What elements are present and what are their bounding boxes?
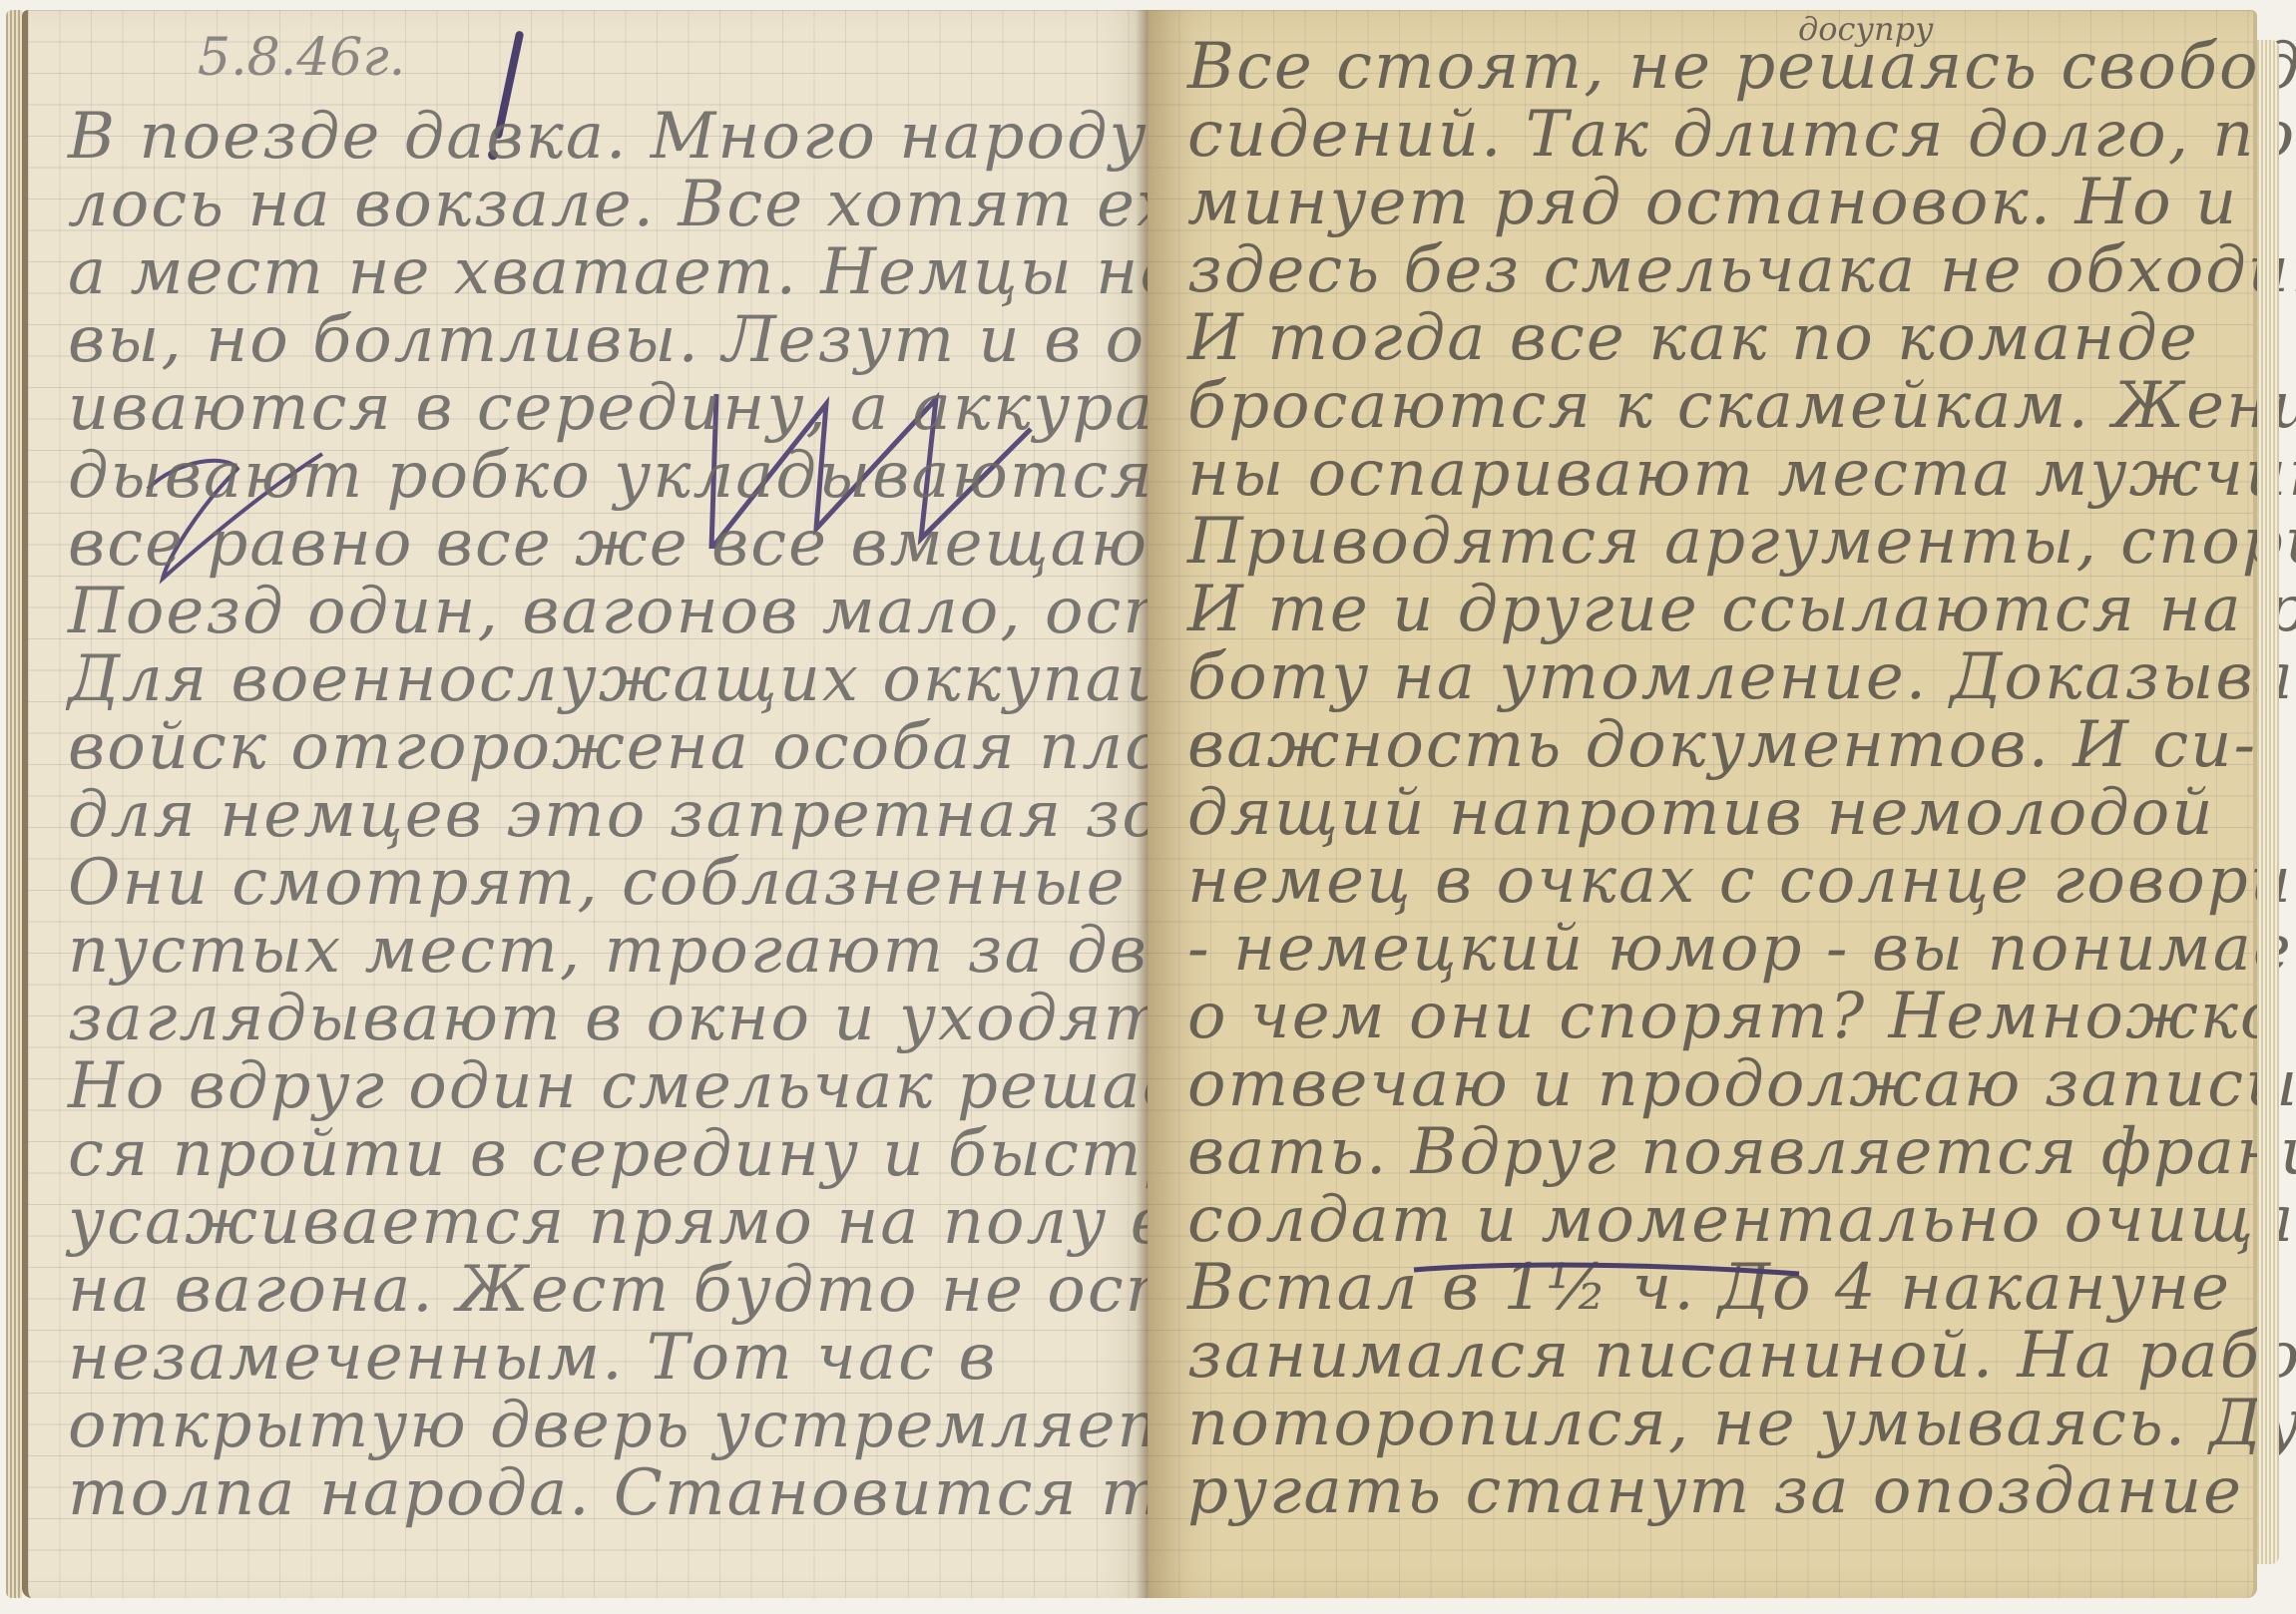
text-line: поторопился, не умываясь. Думал xyxy=(1187,1387,2296,1460)
text-line: вать. Вдруг появляется французский xyxy=(1187,1115,2296,1189)
text-line: ругать станут за опоздание xyxy=(1187,1454,2243,1528)
text-line: лось на вокзале. Все хотят ехать xyxy=(68,168,1314,241)
text-line: отвечаю и продолжаю записы- xyxy=(1187,1047,2296,1121)
text-line: здесь без смельчака не обходится. xyxy=(1187,233,2296,307)
text-line: немец в очках с солнце говорит xyxy=(1187,844,2296,918)
text-line: И тогда все как по команде xyxy=(1187,301,2199,375)
text-line: Все стоят, не решаясь свободных xyxy=(1187,30,2296,104)
text-line: важность документов. И си- xyxy=(1187,708,2257,782)
text-line: сидений. Так длится долго, пока xyxy=(1187,98,2296,172)
left-page: 5.8.46г. В поезде давка. Много народу со… xyxy=(22,10,1148,1598)
right-page: Все стоят, не решаясь свободных сидений.… xyxy=(1148,10,2257,1598)
text-line: минует ряд остановок. Но и xyxy=(1187,166,2238,239)
text-line: солдат и моментально очищает вагон. xyxy=(1187,1183,2296,1257)
text-line: незамеченным. Тот час в xyxy=(68,1321,998,1395)
text-line: занимался писаниной. На работу xyxy=(1187,1319,2296,1393)
text-line: И те и другие ссылаются на ра- xyxy=(1187,573,2296,646)
text-line: для немцев это запретная зона. xyxy=(68,778,1269,852)
notebook-spread: 5.8.46г. В поезде давка. Много народу со… xyxy=(0,0,2296,1614)
text-line: пустых мест, трогают за двери, xyxy=(68,914,1296,988)
text-line: Но вдруг один смельчак решает- xyxy=(68,1049,1268,1123)
margin-annotation: досупру xyxy=(1798,10,1934,48)
text-line: бросаются к скамейкам. Женщи- xyxy=(1187,369,2296,443)
text-line: заглядывают в окно и уходят. xyxy=(68,982,1188,1055)
text-line: - немецкий юмор - вы понимаете xyxy=(1187,912,2296,986)
text-line: открытую дверь устремляется xyxy=(68,1389,1261,1462)
text-line: все равно все же все вмещаются. xyxy=(68,507,1315,581)
left-page-text: В поезде давка. Много народу собра- лось… xyxy=(28,10,1148,1598)
text-line: боту на утомление. Доказывают xyxy=(1187,640,2296,714)
text-line: ся пройти в середину и быстро xyxy=(68,1117,1226,1191)
text-line: ны оспаривают места мужчины. xyxy=(1187,437,2296,511)
underline-mark-icon xyxy=(1412,1252,1801,1282)
text-line: о чем они спорят? Немножко xyxy=(1187,980,2280,1053)
right-page-text: Все стоят, не решаясь свободных сидений.… xyxy=(1148,10,2253,1598)
text-line: дящий напротив немолодой xyxy=(1187,776,2215,850)
text-line: Приводятся аргументы, споры. xyxy=(1187,505,2296,579)
